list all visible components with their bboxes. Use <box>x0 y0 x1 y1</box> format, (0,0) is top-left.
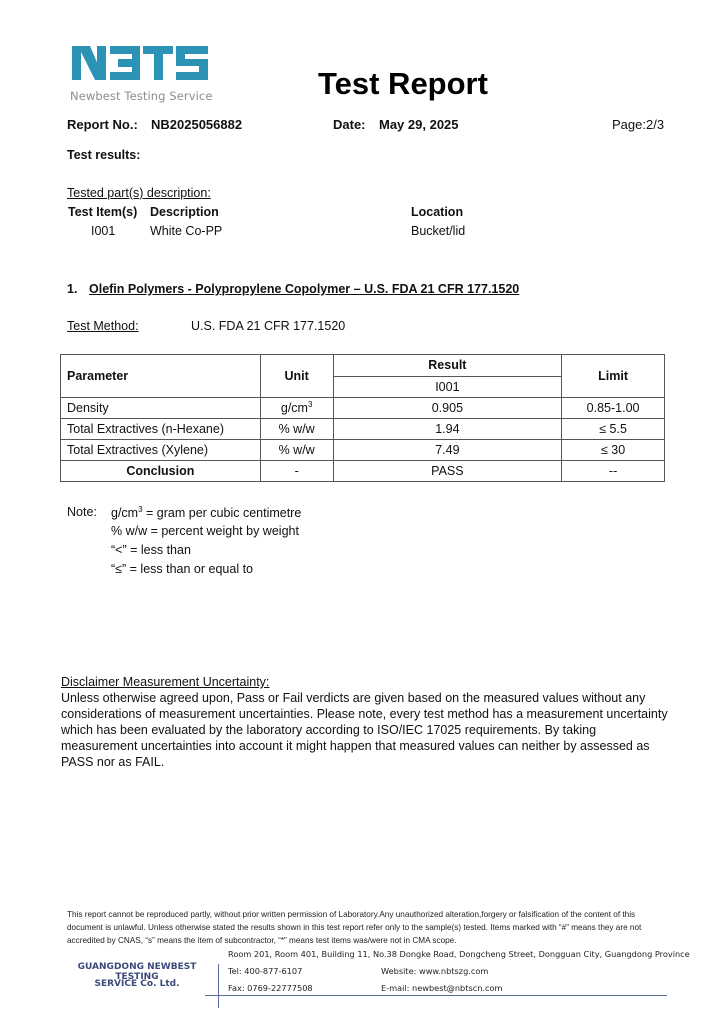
part-description: White Co-PP <box>150 224 222 238</box>
note-line: “<” = less than <box>111 543 191 557</box>
cell-unit: % w/w <box>260 440 333 461</box>
note-label: Note: <box>67 505 97 519</box>
conclusion-unit: - <box>260 461 333 482</box>
conclusion-label: Conclusion <box>61 461 261 482</box>
results-table: Parameter Unit Result Limit I001 Density… <box>60 354 665 482</box>
test-method-label: Test Method: <box>67 319 139 333</box>
note-line: g/cm3 = gram per cubic centimetre <box>111 505 301 520</box>
cell-result: 0.905 <box>333 398 562 419</box>
company-website[interactable]: Website: www.nbtszg.com <box>381 966 488 976</box>
table-row: Total Extractives (n-Hexane) % w/w 1.94 … <box>61 419 665 440</box>
company-tel: Tel: 400-877-6107 <box>228 966 302 976</box>
conclusion-row: Conclusion - PASS -- <box>61 461 665 482</box>
disclaimer: Disclaimer Measurement Uncertainty: Unle… <box>61 674 671 770</box>
footer-fineprint: This report cannot be reproduced partly,… <box>67 908 667 947</box>
section-number: 1. <box>67 282 77 296</box>
report-date: May 29, 2025 <box>379 117 459 132</box>
disclaimer-heading: Disclaimer Measurement Uncertainty: <box>61 674 671 690</box>
cell-limit: 0.85-1.00 <box>562 398 665 419</box>
company-name-line2: SERVICE Co. Ltd. <box>62 979 212 989</box>
header-result-sample: I001 <box>333 376 562 398</box>
table-row: Total Extractives (Xylene) % w/w 7.49 ≤ … <box>61 440 665 461</box>
cell-result: 7.49 <box>333 440 562 461</box>
header-unit: Unit <box>260 355 333 398</box>
company-email[interactable]: E-mail: newbest@nbtscn.com <box>381 983 503 993</box>
col-description: Description <box>150 205 219 219</box>
cell-unit: % w/w <box>260 419 333 440</box>
note-line: “≤” = less than or equal to <box>111 562 253 576</box>
cell-parameter: Density <box>61 398 261 419</box>
date-label: Date: <box>333 117 366 132</box>
cell-parameter: Total Extractives (Xylene) <box>61 440 261 461</box>
cell-limit: ≤ 5.5 <box>562 419 665 440</box>
page-number: Page:2/3 <box>612 117 664 132</box>
cell-parameter: Total Extractives (n-Hexane) <box>61 419 261 440</box>
cell-unit: g/cm3 <box>260 398 333 419</box>
header-limit: Limit <box>562 355 665 398</box>
report-no: NB2025056882 <box>151 117 242 132</box>
section-title: Olefin Polymers - Polypropylene Copolyme… <box>89 282 519 296</box>
test-method: U.S. FDA 21 CFR 177.1520 <box>191 319 345 333</box>
header-result: Result <box>333 355 562 377</box>
part-location: Bucket/lid <box>411 224 465 238</box>
header-parameter: Parameter <box>61 355 261 398</box>
col-location: Location <box>411 205 463 219</box>
page-title: Test Report <box>318 66 488 102</box>
conclusion-limit: -- <box>562 461 665 482</box>
company-address: Room 201, Room 401, Building 11, No.38 D… <box>228 949 690 959</box>
report-no-label: Report No.: <box>67 117 138 132</box>
conclusion-result: PASS <box>333 461 562 482</box>
test-results-label: Test results: <box>67 148 140 162</box>
cell-result: 1.94 <box>333 419 562 440</box>
col-test-items: Test Item(s) <box>68 205 137 219</box>
cell-limit: ≤ 30 <box>562 440 665 461</box>
tested-parts-heading: Tested part(s) description: <box>67 186 211 200</box>
disclaimer-body: Unless otherwise agreed upon, Pass or Fa… <box>61 690 671 770</box>
logo-tagline: Newbest Testing Service <box>70 89 215 103</box>
footer-divider-vertical <box>218 964 219 1008</box>
company-fax: Fax: 0769-22777508 <box>228 983 313 993</box>
part-item: I001 <box>91 224 115 238</box>
table-row: Density g/cm3 0.905 0.85-1.00 <box>61 398 665 419</box>
nbts-logo-mark-icon <box>70 44 210 82</box>
company-logo: Newbest Testing Service <box>70 44 215 100</box>
footer-divider-horizontal <box>205 995 667 996</box>
note-line: % w/w = percent weight by weight <box>111 524 299 538</box>
